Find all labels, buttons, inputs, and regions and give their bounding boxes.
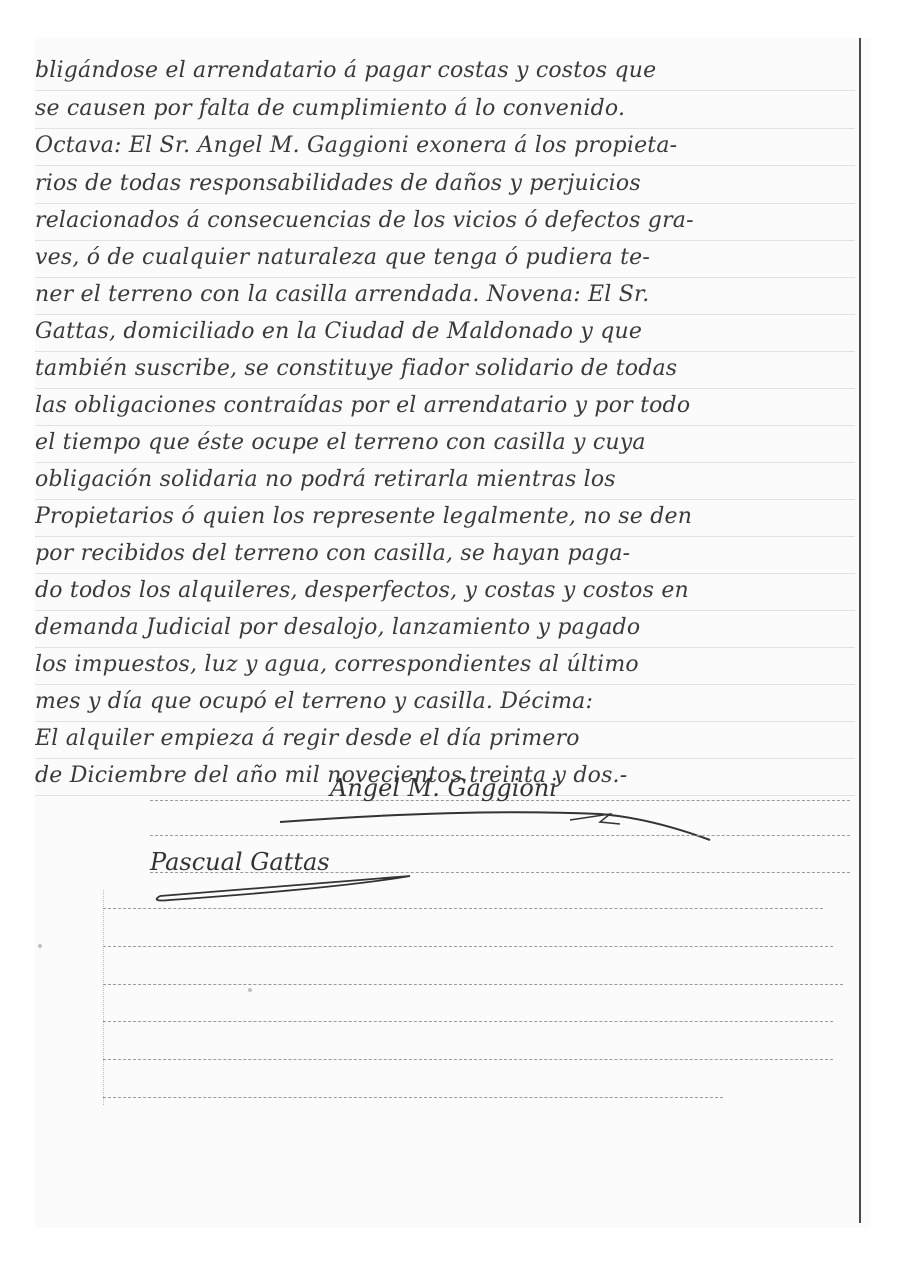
ruled-line	[103, 946, 833, 947]
text-line: mes y día que ocupó el terreno y casilla…	[35, 683, 855, 722]
ruled-line	[150, 835, 850, 836]
text-line: demanda Judicial por desalojo, lanzamien…	[35, 609, 855, 648]
ruled-line	[103, 1097, 723, 1098]
signature-lessor: Angel M. Gaggioni	[330, 774, 557, 802]
text-line: también suscribe, se constituye fiador s…	[35, 350, 855, 389]
scan-speck	[38, 944, 42, 948]
text-line: ner el terreno con la casilla arrendada.…	[35, 276, 855, 315]
margin-line	[103, 890, 104, 1105]
signature-flourish	[270, 800, 730, 850]
text-line: relacionados á consecuencias de los vici…	[35, 202, 855, 241]
ruled-line	[103, 1021, 833, 1022]
scan-speck	[248, 988, 252, 992]
text-line: los impuestos, luz y agua, correspondien…	[35, 646, 855, 685]
text-line: obligación solidaria no podrá retirarla …	[35, 461, 855, 500]
text-line: Octava: El Sr. Angel M. Gaggioni exonera…	[35, 127, 855, 166]
text-line: por recibidos del terreno con casilla, s…	[35, 535, 855, 574]
text-line: el tiempo que éste ocupe el terreno con …	[35, 424, 855, 463]
signature-flourish	[140, 868, 440, 908]
text-line: El alquiler empieza á regir desde el día…	[35, 720, 855, 759]
text-line: Gattas, domiciliado en la Ciudad de Mald…	[35, 313, 855, 352]
ruled-line	[103, 908, 823, 909]
text-line: do todos los alquileres, desperfectos, y…	[35, 572, 855, 611]
text-line: bligándose el arrendatario á pagar costa…	[35, 52, 855, 91]
text-line: las obligaciones contraídas por el arren…	[35, 387, 855, 426]
text-line: Propietarios ó quien los represente lega…	[35, 498, 855, 537]
ruled-line	[103, 984, 843, 985]
page-border-rule	[859, 38, 861, 1223]
text-line: rios de todas responsabilidades de daños…	[35, 165, 855, 204]
text-line: se causen por falta de cumplimiento á lo…	[35, 90, 855, 129]
ruled-line	[150, 872, 850, 873]
ruled-line	[103, 1059, 833, 1060]
text-line: ves, ó de cualquier naturaleza que tenga…	[35, 239, 855, 278]
